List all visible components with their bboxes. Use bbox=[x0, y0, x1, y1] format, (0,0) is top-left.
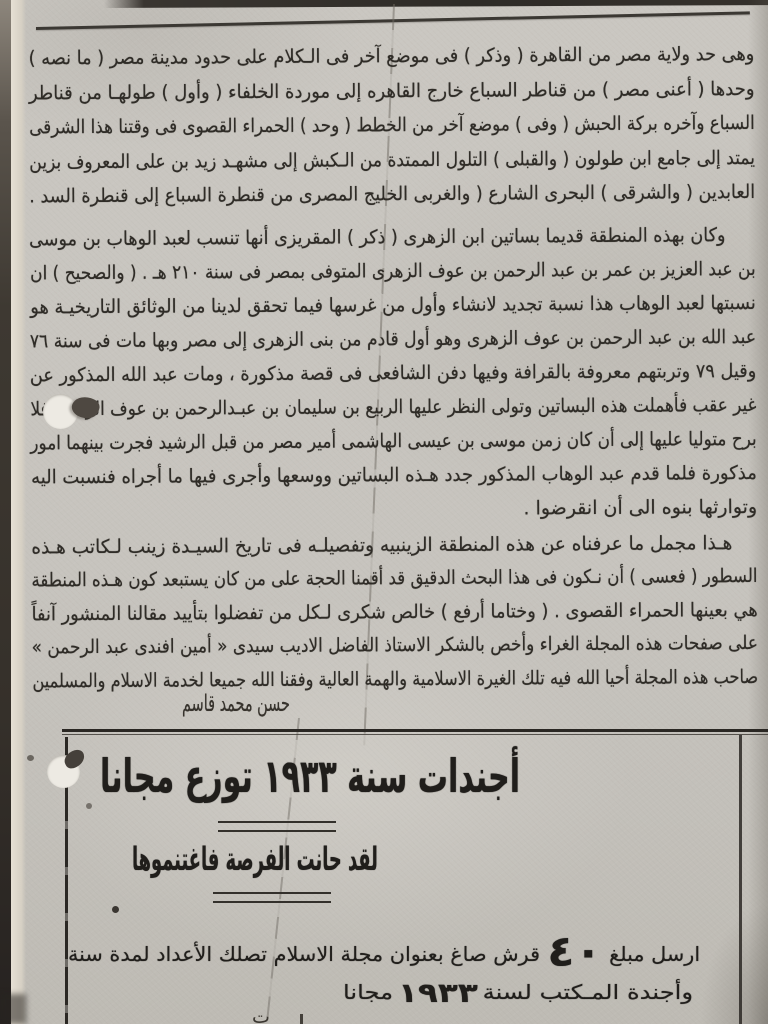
paper-speck bbox=[27, 755, 34, 761]
text-line: وحدها ( أعنى مصر ) من قناطر السباع خارج … bbox=[66, 71, 754, 110]
page-left-edge bbox=[11, 0, 26, 1024]
article-text-block: وهى حد ولاية مصر من القاهرة ( وذكر ) فى … bbox=[28, 0, 758, 734]
paragraph-3: هـذا مجمل ما عرفناه عن هذه المنطقة الزين… bbox=[31, 527, 758, 698]
text-line: هـذا مجمل ما عرفناه عن هذه المنطقة الزين… bbox=[51, 527, 733, 565]
ad-box-top-border bbox=[62, 729, 768, 732]
paper-speck bbox=[86, 803, 92, 809]
text-line: السباع وآخره بركة الحبش ( وفى ) موضع آخر… bbox=[113, 106, 755, 144]
bottom-left-shadow bbox=[0, 994, 26, 1024]
text-line: برح متوليا عليها إلى أن كان زمن موسى بن … bbox=[112, 422, 757, 460]
text-line: عبد الله بن عبد الرحمن بن عوف الزهرى وهو… bbox=[100, 320, 757, 358]
ad-order-post: قرش صاغ بعنوان مجلة الاسلام تصلك الأعداد… bbox=[68, 942, 540, 966]
ad-headline-underline bbox=[218, 821, 336, 832]
text-line: وقيل ٧٩ وتربتهم معروفة بالقرافة وفيها دف… bbox=[80, 354, 757, 392]
text-line: غير عقب فأهملت هذه البساتين وتولى النظر … bbox=[110, 388, 757, 426]
scanned-document-page: وهى حد ولاية مصر من القاهرة ( وذكر ) فى … bbox=[0, 0, 768, 1024]
text-line: وهى حد ولاية مصر من القاهرة ( وذكر ) فى … bbox=[77, 37, 755, 76]
paragraph-1: وهى حد ولاية مصر من القاهرة ( وذكر ) فى … bbox=[28, 37, 755, 214]
text-line: هي بعينها الحمراء القصوى . ( وختاما أرفع… bbox=[78, 594, 758, 632]
ad-agenda-line: وأجندة المـكتب لسنة١٩٣٣مجانا bbox=[343, 972, 693, 1011]
ad-box-top-border-inner bbox=[62, 734, 768, 735]
author-signature: حسن محمد قاسم bbox=[182, 691, 290, 717]
ad-subhead-underline bbox=[213, 892, 331, 903]
ad-agenda-post: مجانا bbox=[343, 980, 393, 1004]
text-line: وكان بهذه المنطقة قديما بساتين ابن الزهر… bbox=[81, 218, 725, 256]
text-line: وتوارثها بنوه الى أن انقرضوا . bbox=[31, 490, 757, 528]
text-line: بن عبد العزيز بن عمر بن عبد الرحمن بن عو… bbox=[106, 252, 755, 290]
text-line: على صفحات هذه المجلة الغراء وأخص بالشكر … bbox=[111, 627, 758, 664]
ad-order-pre: ارسل مبلغ bbox=[609, 942, 700, 966]
text-line: مذكورة فلما قدم عبد الوهاب المذكور جدد ه… bbox=[68, 456, 757, 494]
text-line: نسبتها لعبد الوهاب هذا نسبة تجديد لانشاء… bbox=[74, 286, 756, 324]
ad-price-number: ٤٠ bbox=[547, 929, 602, 975]
scan-left-edge-shadow bbox=[0, 0, 11, 1024]
ink-dot bbox=[112, 906, 119, 913]
ad-year-number: ١٩٣٣ bbox=[398, 975, 478, 1013]
ad-order-line: ارسل مبلغ٤٠قرش صاغ بعنوان مجلة الاسلام ت… bbox=[68, 924, 700, 977]
paragraph-2: وكان بهذه المنطقة قديما بساتين ابن الزهر… bbox=[29, 218, 757, 528]
text-line: يمتد إلى جامع ابن طولون ( والقبلى ) التل… bbox=[102, 140, 755, 178]
ad-agenda-pre: وأجندة المـكتب لسنة bbox=[483, 980, 693, 1004]
ad-subhead: لقد حانت الفرصة فاغتنموها bbox=[132, 838, 378, 880]
cut-off-mark bbox=[300, 1014, 303, 1024]
cut-off-text-fragment: ت bbox=[252, 1006, 270, 1024]
text-line: العابدين ( والشرقى ) البحرى الشارع ( وال… bbox=[81, 175, 755, 214]
text-line: السطور ( فعسى ) أن نـكون فى هذا البحث ال… bbox=[122, 560, 757, 597]
ad-headline: أجندات سنة ١٩٣٣ توزع مجانا bbox=[100, 746, 520, 806]
ad-box-right-border bbox=[739, 735, 742, 1024]
